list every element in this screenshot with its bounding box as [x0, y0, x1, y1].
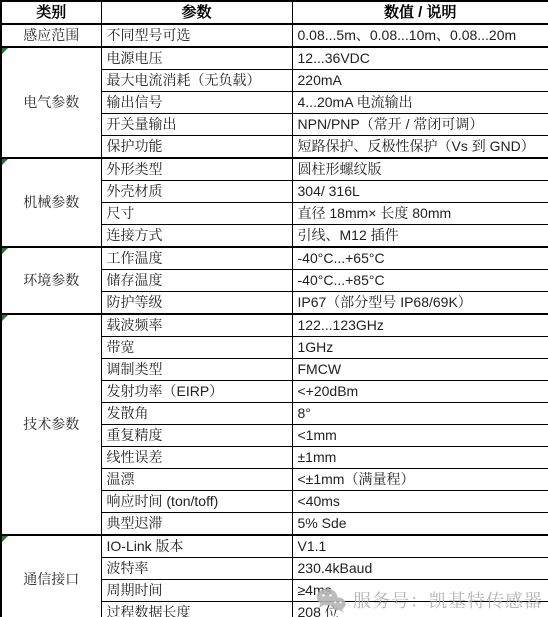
- excel-flag-triangle-icon: [2, 48, 8, 54]
- value-cell: -40°C...+85°C: [292, 270, 548, 292]
- excel-flag-triangle-icon: [2, 315, 8, 321]
- spec-table-body: 感应范围不同型号可选0.08...5m、0.08...10m、0.08...20…: [1, 24, 548, 617]
- value-cell: 4...20mA 电流输出: [292, 92, 548, 114]
- value-cell: -40°C...+65°C: [292, 247, 548, 270]
- table-row: 感应范围不同型号可选0.08...5m、0.08...10m、0.08...20…: [1, 24, 548, 47]
- parameter-cell: 波特率: [101, 558, 292, 580]
- parameter-cell: IO-Link 版本: [101, 535, 292, 558]
- category-label: 电气参数: [23, 94, 79, 110]
- parameter-cell: 发散角: [101, 403, 292, 425]
- parameter-cell: 连接方式: [101, 225, 292, 248]
- category-label: 通信接口: [23, 571, 79, 587]
- parameter-cell: 保护功能: [101, 136, 292, 159]
- table-row: 通信接口IO-Link 版本V1.1: [1, 535, 548, 558]
- parameter-cell: 储存温度: [101, 270, 292, 292]
- category-label: 环境参数: [23, 272, 79, 288]
- parameter-cell: 线性误差: [101, 447, 292, 469]
- parameter-cell: 典型迟滞: [101, 513, 292, 536]
- table-row: 环境参数工作温度-40°C...+65°C: [1, 247, 548, 270]
- value-cell: 引线、M12 插件: [292, 225, 548, 248]
- table-row: 电气参数电源电压12...36VDC: [1, 47, 548, 70]
- parameter-cell: 响应时间 (ton/toff): [101, 491, 292, 513]
- category-cell: 技术参数: [1, 314, 101, 535]
- parameter-cell: 开关量输出: [101, 114, 292, 136]
- parameter-cell: 尺寸: [101, 203, 292, 225]
- parameter-cell: 不同型号可选: [101, 24, 292, 47]
- header-parameter: 参数: [101, 1, 292, 24]
- value-cell: 5% Sde: [292, 513, 548, 536]
- value-cell: NPN/PNP（常开 / 常闭可调）: [292, 114, 548, 136]
- category-cell: 感应范围: [1, 24, 101, 47]
- parameter-cell: 温漂: [101, 469, 292, 491]
- value-cell: 220mA: [292, 70, 548, 92]
- excel-flag-triangle-icon: [2, 159, 8, 165]
- header-row: 类别 参数 数值 / 说明: [1, 1, 548, 24]
- value-cell: <40ms: [292, 491, 548, 513]
- parameter-cell: 载波频率: [101, 314, 292, 337]
- parameter-cell: 外形类型: [101, 158, 292, 181]
- spec-table-header: 类别 参数 数值 / 说明: [1, 1, 548, 24]
- value-cell: ≥4ms: [292, 580, 548, 602]
- parameter-cell: 周期时间: [101, 580, 292, 602]
- value-cell: 122...123GHz: [292, 314, 548, 337]
- parameter-cell: 重复精度: [101, 425, 292, 447]
- header-category: 类别: [1, 1, 101, 24]
- value-cell: 圆柱形螺纹版: [292, 158, 548, 181]
- value-cell: 12...36VDC: [292, 47, 548, 70]
- value-cell: IP67（部分型号 IP68/69K）: [292, 292, 548, 315]
- parameter-cell: 过程数据长度: [101, 602, 292, 617]
- parameter-cell: 带宽: [101, 337, 292, 359]
- parameter-cell: 输出信号: [101, 92, 292, 114]
- value-cell: ±1mm: [292, 447, 548, 469]
- value-cell: 0.08...5m、0.08...10m、0.08...20m: [292, 24, 548, 47]
- value-cell: 8°: [292, 403, 548, 425]
- category-label: 感应范围: [23, 27, 79, 43]
- table-row: 技术参数载波频率122...123GHz: [1, 314, 548, 337]
- value-cell: 1GHz: [292, 337, 548, 359]
- value-cell: <1mm: [292, 425, 548, 447]
- parameter-cell: 发射功率（EIRP）: [101, 381, 292, 403]
- value-cell: 208 位: [292, 602, 548, 617]
- excel-flag-triangle-icon: [2, 536, 8, 542]
- value-cell: 直径 18mm× 长度 80mm: [292, 203, 548, 225]
- value-cell: 短路保护、反极性保护（Vs 到 GND）: [292, 136, 548, 159]
- parameter-cell: 防护等级: [101, 292, 292, 315]
- category-cell: 机械参数: [1, 158, 101, 247]
- parameter-cell: 外壳材质: [101, 181, 292, 203]
- value-cell: V1.1: [292, 535, 548, 558]
- value-cell: FMCW: [292, 359, 548, 381]
- value-cell: <±1mm（满量程）: [292, 469, 548, 491]
- category-label: 机械参数: [23, 194, 79, 210]
- value-cell: 230.4kBaud: [292, 558, 548, 580]
- header-value: 数值 / 说明: [292, 1, 548, 24]
- value-cell: 304/ 316L: [292, 181, 548, 203]
- excel-flag-triangle-icon: [2, 248, 8, 254]
- category-cell: 电气参数: [1, 47, 101, 158]
- category-cell: 通信接口: [1, 535, 101, 617]
- table-row: 机械参数外形类型圆柱形螺纹版: [1, 158, 548, 181]
- category-label: 技术参数: [23, 416, 79, 432]
- parameter-cell: 电源电压: [101, 47, 292, 70]
- spec-table: 类别 参数 数值 / 说明 感应范围不同型号可选0.08...5m、0.08..…: [0, 0, 548, 617]
- parameter-cell: 调制类型: [101, 359, 292, 381]
- category-cell: 环境参数: [1, 247, 101, 314]
- parameter-cell: 最大电流消耗（无负载）: [101, 70, 292, 92]
- value-cell: <+20dBm: [292, 381, 548, 403]
- parameter-cell: 工作温度: [101, 247, 292, 270]
